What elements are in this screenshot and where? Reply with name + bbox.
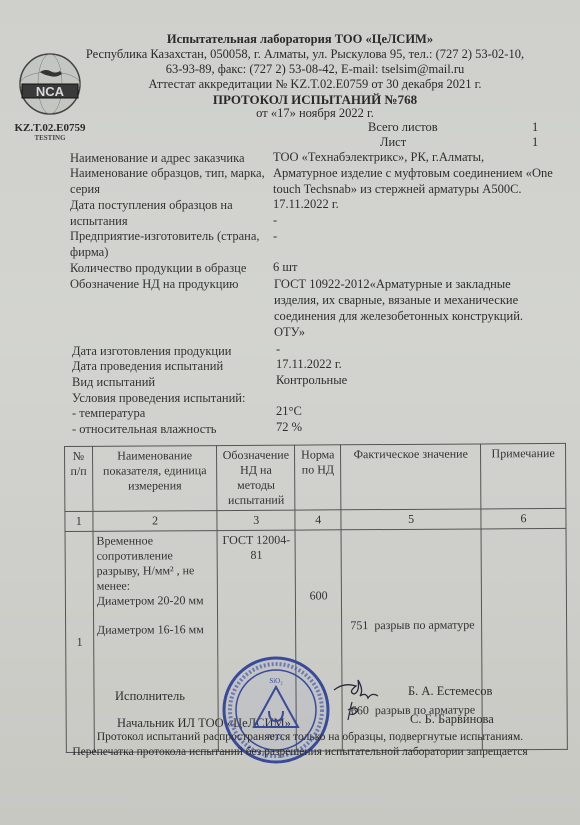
- field-label-nd: Обозначение НД на продукцию: [70, 277, 238, 293]
- executor-name: Б. А. Естемесов: [408, 684, 492, 700]
- indicator-text: Временное сопротивление разрыву, Н/мм² ,…: [96, 533, 214, 594]
- col-header-indicator: Наименование показателя, единица измерен…: [92, 446, 217, 512]
- protocol-date: от «17» ноября 2022 г.: [100, 106, 530, 121]
- field-value-test-date: 17.11.2022 г.: [276, 357, 342, 373]
- field-value-nd: ГОСТ 10922-2012«Арматурные и закладные и…: [274, 276, 536, 340]
- accreditation: Аттестат аккредитации № KZ.T.02.E0759 от…: [100, 77, 530, 92]
- field-label-test-type: Вид испытаний: [72, 375, 155, 391]
- total-sheets-value: 1: [532, 120, 538, 136]
- row-num: 1: [65, 531, 94, 752]
- field-value-customer: ТОО «Технабэлектрикс», РК, г.Алматы,: [273, 150, 484, 166]
- row-note: [481, 528, 567, 750]
- col-number: 4: [295, 510, 341, 530]
- col-number: 1: [65, 511, 93, 531]
- footer-line-1: Протокол испытаний распространяется толь…: [60, 730, 560, 745]
- field-value-samples: Арматурное изделие с муфтовым соединение…: [273, 166, 558, 197]
- logo-code: KZ.T.02.E0759: [10, 123, 90, 134]
- field-label-humidity: - относительная влажность: [72, 422, 217, 438]
- col-header-num: № п/п: [65, 446, 93, 511]
- sheet-value: 1: [532, 135, 538, 151]
- field-label-manufacturer: Предприятие-изготовитель (страна, фирма): [70, 229, 270, 260]
- table-header-row: № п/п Наименование показателя, единица и…: [65, 443, 566, 511]
- signature-icon: [330, 672, 390, 727]
- field-value-humidity: 72 %: [276, 420, 302, 436]
- logo-subtitle: TESTING: [10, 134, 90, 142]
- field-value-manufacturer: -: [273, 229, 277, 245]
- field-label-temperature: - температура: [72, 406, 145, 422]
- lab-name: Испытательная лаборатория ТОО «ЦеЛСИМ»: [100, 32, 500, 47]
- nca-logo: NCA KZ.T.02.E0759 TESTING: [10, 50, 90, 135]
- field-label-receipt-date: Дата поступления образцов на испытания: [70, 198, 260, 229]
- footer-line-2: Перепечатка протокола испытаний без разр…: [40, 745, 560, 760]
- indicator-sub-1: Диаметром 20-20 мм: [97, 593, 215, 609]
- executor-label: Исполнитель: [115, 689, 185, 705]
- field-value-receipt-date: 17.11.2022 г.: [273, 197, 339, 213]
- field-label-test-date: Дата проведения испытаний: [72, 359, 223, 375]
- actual-value-1: 751 разрыв по арматуре: [350, 617, 478, 633]
- col-header-norm: Норма по НД: [295, 445, 341, 510]
- field-label-conditions: Условия проведения испытаний:: [72, 391, 245, 407]
- indicator-sub-2: Диаметром 16-16 мм: [97, 622, 215, 638]
- col-header-note: Примечание: [481, 443, 566, 509]
- field-label-customer: Наименование и адрес заказчика: [70, 151, 245, 167]
- field-label-production-date: Дата изготовления продукции: [72, 344, 231, 360]
- sheet-label: Лист: [380, 135, 406, 151]
- protocol-title: ПРОТОКОЛ ИСПЫТАНИЙ №768: [100, 92, 530, 107]
- svg-text:SiO₂: SiO₂: [269, 677, 283, 685]
- field-label-quantity: Количество продукции в образце: [70, 261, 246, 277]
- col-header-method: Обозначение НД на методы испытаний: [217, 445, 295, 510]
- field-value-quantity: 6 шт: [273, 260, 297, 276]
- svg-text:NCA: NCA: [36, 84, 65, 99]
- address-line-1: Республика Казахстан, 050058, г. Алматы,…: [85, 47, 525, 62]
- col-number: 2: [93, 511, 218, 532]
- head-name: С. Б. Барвинова: [410, 712, 494, 728]
- field-value-test-type: Контрольные: [276, 373, 347, 389]
- col-number: 5: [341, 509, 481, 530]
- field-value-temperature: 21°C: [276, 404, 302, 420]
- field-label-samples: Наименование образцов, тип, марка, серия: [70, 166, 270, 197]
- globe-logo-icon: NCA: [10, 50, 90, 120]
- col-number: 6: [481, 508, 566, 529]
- field-value-production-date: -: [276, 342, 280, 358]
- address-line-2: 63-93-89, факс: (727 2) 53-08-42, E-mail…: [100, 62, 530, 77]
- field-value-extra-dash: -: [273, 213, 277, 229]
- col-number: 3: [217, 510, 295, 530]
- col-header-actual: Фактическое значение: [341, 444, 481, 510]
- total-sheets-label: Всего листов: [368, 120, 438, 136]
